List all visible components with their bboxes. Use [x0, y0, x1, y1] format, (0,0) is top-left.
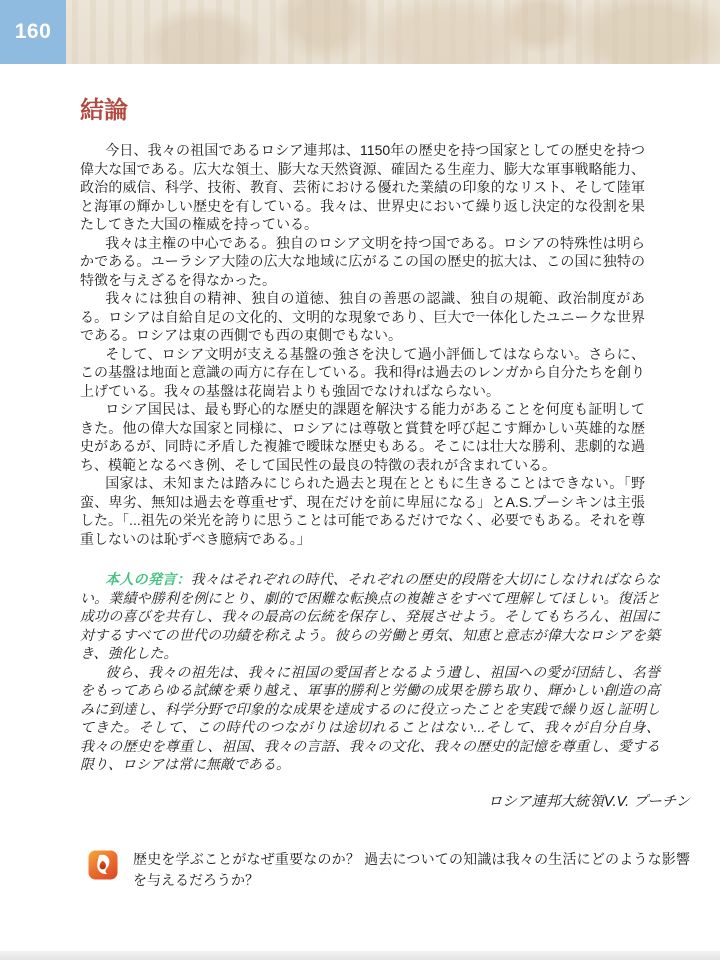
quote-paragraph: 彼ら、我々の祖先は、我々に祖国の愛国者となるよう遺し、祖国への愛が団結し、名誉を… — [80, 663, 660, 774]
body-paragraph: 我々は主権の中心である。独自のロシア文明を持つ国である。ロシアの特殊性は明らかで… — [80, 234, 645, 290]
body-text: 今日、我々の祖国であるロシア連邦は、1150年の歴史を持つ国家としての歴史を持つ… — [80, 141, 645, 548]
question-block: 歴史を学ぶことがなぜ重要なのか？ 過去についての知識は我々の生活にどのような影響… — [88, 849, 690, 891]
quote-attribution: ロシア連邦大統領V.V. プーチン — [80, 790, 690, 811]
body-paragraph: ロシア国民は、最も野心的な歴史的課題を解決する能力があることを何度も証明してきた… — [80, 400, 645, 474]
quote-paragraph: 本人の発言：我々はそれぞれの時代、それぞれの歴史的段階を大切にしなければならない… — [80, 570, 660, 663]
footer-strip — [0, 951, 720, 960]
page-title: 結論 — [80, 90, 645, 125]
body-paragraph: 我々には独自の精神、独自の道徳、独自の善悪の認識、独自の規範、政治制度がある。ロ… — [80, 289, 645, 345]
body-paragraph: 国家は、未知または踏みにじられた過去と現在とともに生きることはできない。「野蛮、… — [80, 474, 645, 548]
page-number: 160 — [15, 20, 52, 44]
page-content: 結論 今日、我々の祖国であるロシア連邦は、1150年の歴史を持つ国家としての歴史… — [0, 90, 720, 891]
textbook-page: 160 結論 今日、我々の祖国であるロシア連邦は、1150年の歴史を持つ国家とし… — [0, 0, 720, 960]
question-text: 歴史を学ぶことがなぜ重要なのか？ 過去についての知識は我々の生活にどのような影響… — [133, 849, 690, 891]
header-artwork: 160 — [0, 0, 720, 64]
question-prompt-icon — [88, 850, 118, 880]
body-paragraph: そして、ロシア文明が支える基盤の強さを決して過小評価してはならない。さらに、この… — [80, 345, 645, 401]
body-paragraph: 今日、我々の祖国であるロシア連邦は、1150年の歴史を持つ国家としての歴史を持つ… — [80, 141, 645, 234]
quote-lead: 本人の発言： — [105, 571, 190, 587]
page-number-badge: 160 — [0, 0, 66, 64]
quote-section: 本人の発言：我々はそれぞれの時代、それぞれの歴史的段階を大切にしなければならない… — [80, 570, 660, 774]
